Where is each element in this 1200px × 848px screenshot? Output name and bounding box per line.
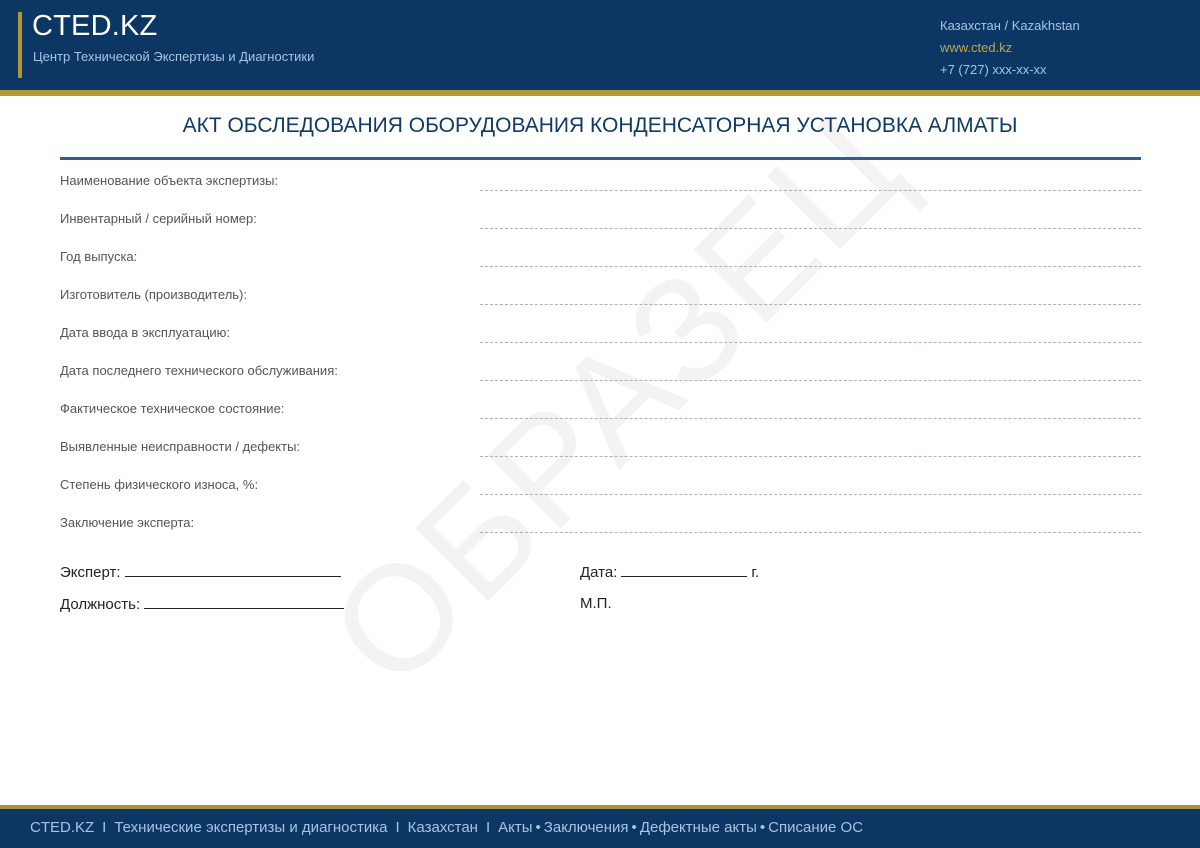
field-input-line[interactable] xyxy=(480,228,1141,229)
field-row: Дата последнего технического обслуживани… xyxy=(60,354,1141,392)
field-row: Дата ввода в эксплуатацию: xyxy=(60,316,1141,354)
footer-bullet: • xyxy=(632,819,637,836)
field-row: Степень физического износа, %: xyxy=(60,468,1141,506)
header-gold-stripe xyxy=(0,90,1200,96)
field-input-line[interactable] xyxy=(480,532,1141,533)
field-row: Инвентарный / серийный номер: xyxy=(60,202,1141,240)
field-input-line[interactable] xyxy=(480,456,1141,457)
date-signature: Дата:г. xyxy=(580,563,759,581)
field-input-line[interactable] xyxy=(480,266,1141,267)
footer-separator: I xyxy=(396,819,400,836)
footer-service[interactable]: Заключения xyxy=(544,819,629,836)
field-row: Заключение эксперта: xyxy=(60,506,1141,544)
footer-service[interactable]: Дефектные акты xyxy=(640,819,757,836)
year-suffix: г. xyxy=(751,564,759,581)
footer-separator: I xyxy=(102,819,106,836)
stamp-place: М.П. xyxy=(580,595,612,612)
position-label: Должность: xyxy=(60,596,140,613)
footer-service[interactable]: Акты xyxy=(498,819,532,836)
footer-text: CTED.KZIТехнические экспертизы и диагнос… xyxy=(30,819,863,836)
footer-brand: CTED.KZ xyxy=(30,819,94,836)
footer-separator: I xyxy=(486,819,490,836)
field-label: Заключение эксперта: xyxy=(60,515,194,530)
position-signature: Должность: xyxy=(60,595,344,613)
contact-phone: +7 (727) xxx-xx-xx xyxy=(940,59,1080,81)
field-label: Дата ввода в эксплуатацию: xyxy=(60,325,230,340)
field-label: Степень физического износа, %: xyxy=(60,477,258,492)
footer-country: Казахстан xyxy=(408,819,478,836)
field-label: Наименование объекта экспертизы: xyxy=(60,173,278,188)
field-input-line[interactable] xyxy=(480,494,1141,495)
field-label: Год выпуска: xyxy=(60,249,137,264)
date-label: Дата: xyxy=(580,564,617,581)
field-row: Фактическое техническое состояние: xyxy=(60,392,1141,430)
footer-tagline: Технические экспертизы и диагностика xyxy=(114,819,387,836)
expert-label: Эксперт: xyxy=(60,564,121,581)
contact-block: Казахстан / Kazakhstan www.cted.kz +7 (7… xyxy=(940,15,1080,81)
position-signature-line[interactable] xyxy=(144,595,344,609)
expert-signature: Эксперт: xyxy=(60,563,341,581)
footer-bullet: • xyxy=(536,819,541,836)
brand-logo-text: CTED.KZ xyxy=(32,10,157,43)
expert-signature-line[interactable] xyxy=(125,563,341,577)
field-input-line[interactable] xyxy=(480,190,1141,191)
date-line[interactable] xyxy=(621,563,747,577)
document-title: АКТ ОБСЛЕДОВАНИЯ ОБОРУДОВАНИЯ КОНДЕНСАТО… xyxy=(0,114,1200,138)
field-input-line[interactable] xyxy=(480,304,1141,305)
field-input-line[interactable] xyxy=(480,418,1141,419)
field-row: Выявленные неисправности / дефекты: xyxy=(60,430,1141,468)
field-label: Инвентарный / серийный номер: xyxy=(60,211,257,226)
brand-subtitle: Центр Технической Экспертизы и Диагности… xyxy=(33,49,314,64)
brand-accent-bar xyxy=(18,12,22,78)
field-label: Выявленные неисправности / дефекты: xyxy=(60,439,300,454)
footer: CTED.KZIТехнические экспертизы и диагнос… xyxy=(0,809,1200,848)
field-label: Фактическое техническое состояние: xyxy=(60,401,284,416)
field-row: Год выпуска: xyxy=(60,240,1141,278)
field-input-line[interactable] xyxy=(480,342,1141,343)
footer-service[interactable]: Списание ОС xyxy=(768,819,863,836)
field-label: Изготовитель (производитель): xyxy=(60,287,247,302)
contact-country: Казахстан / Kazakhstan xyxy=(940,15,1080,37)
footer-bullet: • xyxy=(760,819,765,836)
field-row: Изготовитель (производитель): xyxy=(60,278,1141,316)
form-fields: Наименование объекта экспертизы: Инвента… xyxy=(60,164,1141,544)
field-row: Наименование объекта экспертизы: xyxy=(60,164,1141,202)
title-divider xyxy=(60,157,1141,160)
field-label: Дата последнего технического обслуживани… xyxy=(60,363,338,378)
field-input-line[interactable] xyxy=(480,380,1141,381)
contact-website-link[interactable]: www.cted.kz xyxy=(940,37,1080,59)
